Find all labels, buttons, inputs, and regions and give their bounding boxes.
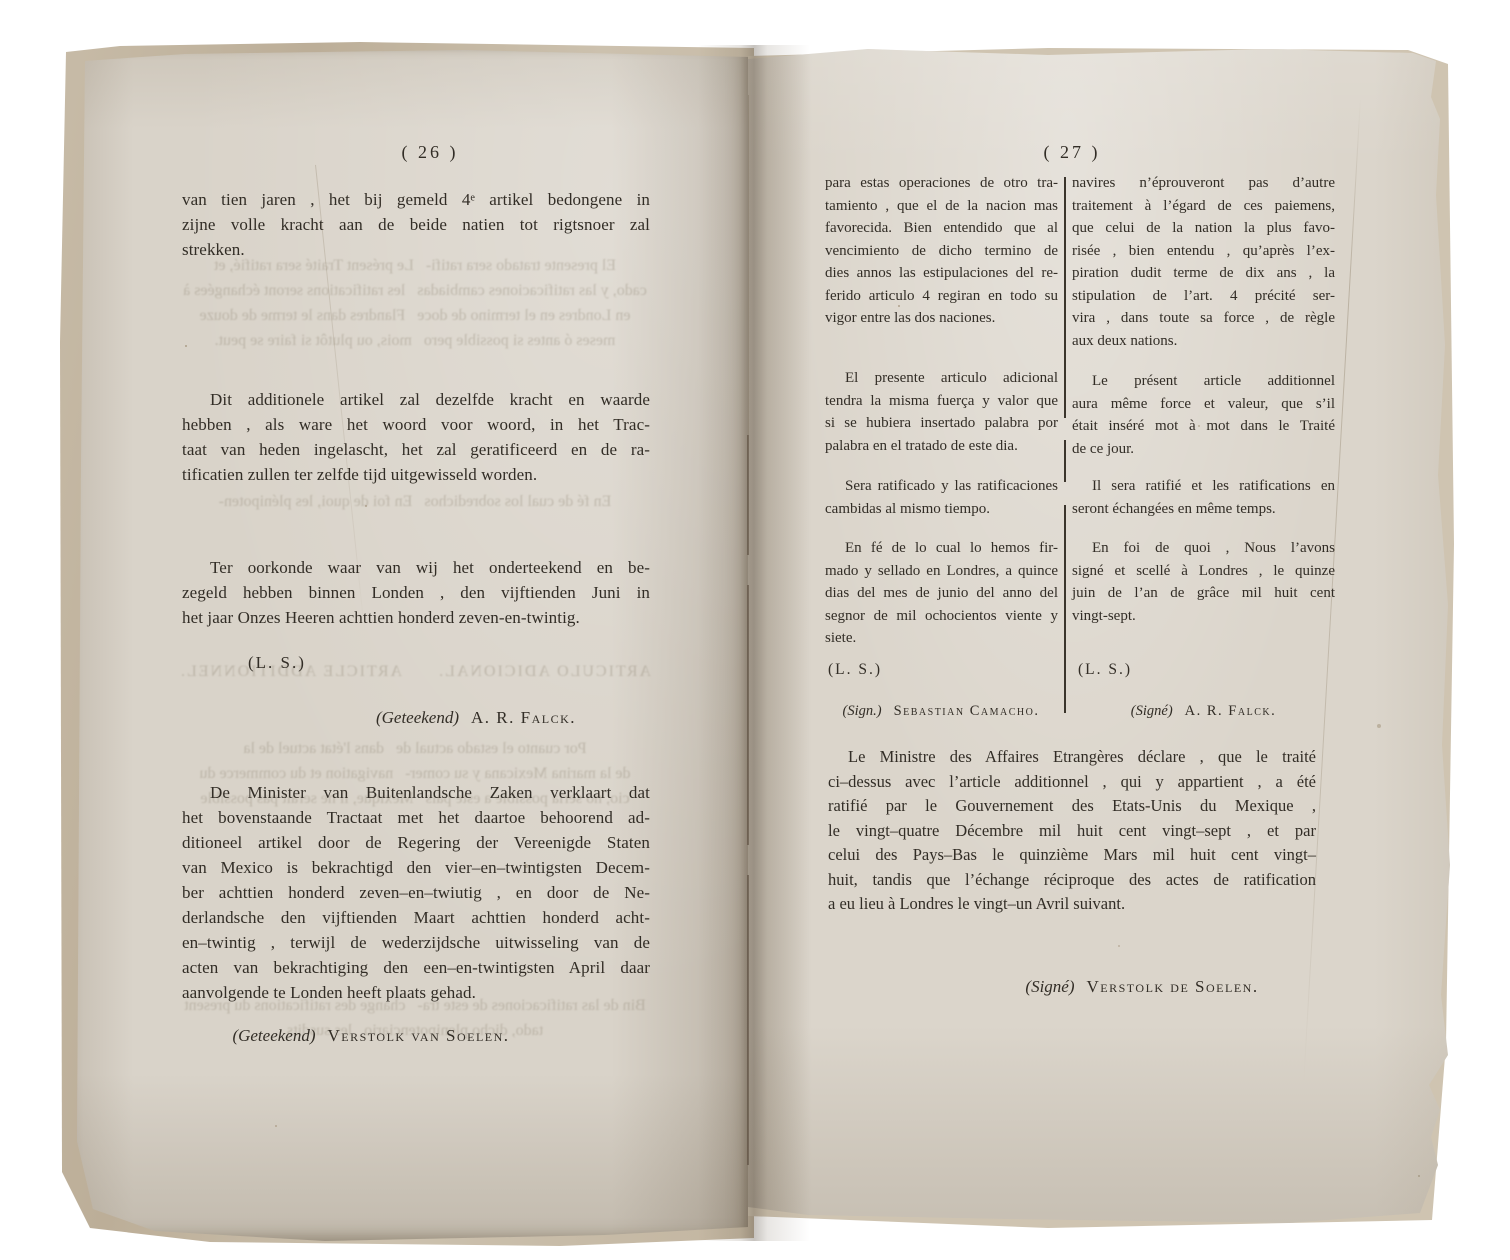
signature-name: A. R. Falck. xyxy=(471,708,576,727)
signature-verstolk-de-soelen: (Signé)Verstolk de Soelen. xyxy=(828,977,1316,997)
signature-prefix: (Signé) xyxy=(1131,703,1173,719)
spanish-paragraph-ratification: Sera ratificado y las ratificacionescamb… xyxy=(825,475,1058,520)
bleedthrough-line: En fé de cual los sobredichos En foi de … xyxy=(165,493,665,511)
locus-sigilli: (L. S.) xyxy=(248,653,306,673)
signature-name: Verstolk van Soelen. xyxy=(328,1026,510,1045)
binding-thread xyxy=(747,875,749,1165)
paragraph-continuation: van tien jaren , het bij gemeld 4ᵉ artik… xyxy=(182,187,650,262)
signature-name: Verstolk de Soelen. xyxy=(1087,977,1259,996)
signature-name: A. R. Falck. xyxy=(1185,703,1277,719)
locus-sigilli-french: (L. S.) xyxy=(1078,661,1132,679)
bleedthrough-line: meses ó antes si possible pero mois, ou … xyxy=(165,332,665,350)
page-number-27: ( 27 ) xyxy=(832,142,1312,163)
signature-falck: (Geteekend)A. R. Falck. xyxy=(182,708,650,728)
page-number-26: ( 26 ) xyxy=(182,142,678,163)
french-paragraph-attestation: En foi de quoi , Nous l’avonssigné et sc… xyxy=(1072,537,1335,627)
column-divider xyxy=(1064,177,1066,418)
paragraph-attestation: Ter oorkonde waar van wij het onderteeke… xyxy=(182,555,650,630)
spanish-paragraph-attestation: En fé de lo cual lo hemos fir-mado y sel… xyxy=(825,537,1058,650)
french-paragraph-ratification: Il sera ratifié et les ratifications ens… xyxy=(1072,475,1335,520)
signature-camacho: (Sign.)Sebastian Camacho. xyxy=(816,703,1066,720)
signature-prefix: (Sign.) xyxy=(843,703,882,719)
bleedthrough-line: cado, y las ratificaciones cambiadas les… xyxy=(165,282,665,300)
bleedthrough-line: Por cuanto el estado actual de dans l'ét… xyxy=(165,740,665,758)
signature-falck-right: (Signé)A. R. Falck. xyxy=(1072,703,1335,720)
signature-prefix: (Geteekend) xyxy=(232,1026,315,1045)
signature-name: Sebastian Camacho. xyxy=(894,703,1040,719)
paragraph-additional-article: Dit additionele artikel zal dezelfde kra… xyxy=(182,387,650,487)
signature-prefix: (Geteekend) xyxy=(376,708,459,727)
bleedthrough-line: ARTICULO ADICIONAL. ARTICLE ADDITIONNEL. xyxy=(165,663,665,681)
signature-prefix: (Signé) xyxy=(1025,977,1074,996)
french-paragraph-continuation: navires n’éprouveront pas d’autretraitem… xyxy=(1072,172,1335,352)
book-photo: El presente tratado sera ratifi- Le prés… xyxy=(0,0,1510,1260)
page-27: ( 27 ) para estas operaciones de otro tr… xyxy=(748,45,1460,1241)
column-divider xyxy=(1064,440,1066,482)
signature-verstolk-van-soelen: (Geteekend)Verstolk van Soelen. xyxy=(182,1026,650,1046)
paper-specks xyxy=(185,345,187,347)
french-paragraph-additional-article: Le présent article additionnelaura même … xyxy=(1072,370,1335,460)
paragraph-minister-declaration: De Minister van Buitenlandsche Zaken ver… xyxy=(182,780,650,1005)
locus-sigilli-spanish: (L. S.) xyxy=(828,661,882,679)
column-divider xyxy=(1064,505,1066,713)
binding-groove xyxy=(748,95,749,435)
spanish-paragraph-continuation: para estas operaciones de otro tra-tamie… xyxy=(825,172,1058,330)
bleedthrough-line: en Londres en el termino de doce Flandre… xyxy=(165,307,665,325)
spanish-paragraph-additional-article: El presente articulo adicionaltendra la … xyxy=(825,367,1058,457)
binding-thread xyxy=(747,585,749,845)
page-26: El presente tratado sera ratifi- Le prés… xyxy=(65,45,748,1241)
french-ratification-declaration: Le Ministre des Affaires Etrangères décl… xyxy=(828,745,1316,917)
binding-thread xyxy=(747,435,749,555)
